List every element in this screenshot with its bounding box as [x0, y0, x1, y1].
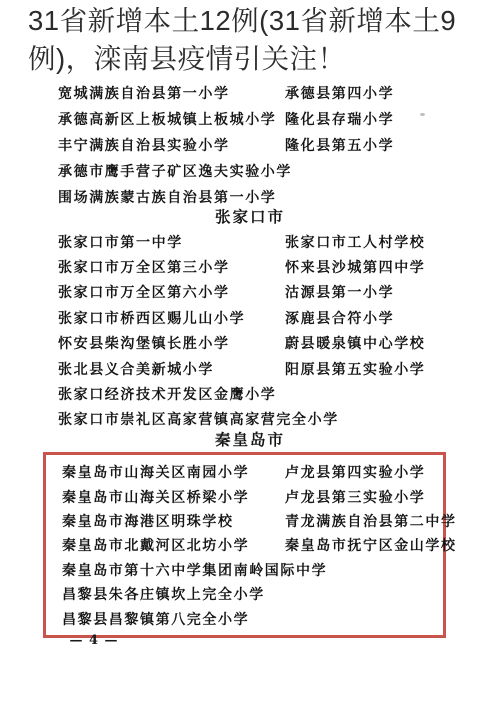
school-name-right: 秦皇岛市抚宁区金山学校 — [285, 535, 457, 555]
school-row: 张家口经济技术开发区金鹰小学 — [58, 381, 500, 406]
school-name-right: 怀来县沙城第四中学 — [285, 257, 425, 277]
school-name-left: 承德市鹰手营子矿区逸夫实验小学 — [58, 161, 285, 181]
school-name-right: 涿鹿县合符小学 — [285, 308, 394, 328]
school-name-left: 围场满族蒙古族自治县第一小学 — [58, 187, 285, 207]
highlight-box: 秦皇岛市山海关区南园小学卢龙县第四实验小学秦皇岛市山海关区桥梁小学卢龙县第三实验… — [43, 452, 446, 638]
scanned-document: 宽城满族自治县第一小学承德县第四小学承德高新区上板城镇上板城小学隆化县存瑞小学丰… — [0, 0, 500, 707]
document-section: 宽城满族自治县第一小学承德县第四小学承德高新区上板城镇上板城小学隆化县存瑞小学丰… — [0, 80, 500, 209]
school-name-left: 张北县义合美新城小学 — [58, 359, 285, 379]
school-name-left: 昌黎县朱各庄镇坎上完全小学 — [62, 584, 285, 604]
school-name-left: 宽城满族自治县第一小学 — [58, 83, 285, 103]
section-rows: 宽城满族自治县第一小学承德县第四小学承德高新区上板城镇上板城小学隆化县存瑞小学丰… — [0, 80, 500, 209]
school-name-right: 阳原县第五实验小学 — [285, 359, 425, 379]
school-row: 张家口市万全区第六小学沽源县第一小学 — [58, 280, 500, 305]
section-header: 秦皇岛市 — [0, 428, 500, 452]
school-name-right: 承德县第四小学 — [285, 83, 394, 103]
school-row: 承德高新区上板城镇上板城小学隆化县存瑞小学 — [58, 106, 500, 132]
school-name-right: 青龙满族自治县第二中学 — [285, 511, 457, 531]
school-name-right: 张家口市工人村学校 — [285, 232, 425, 252]
school-name-left: 张家口经济技术开发区金鹰小学 — [58, 384, 285, 404]
school-row: 秦皇岛市第十六中学集团南岭国际中学 — [62, 558, 443, 582]
school-name-left: 秦皇岛市北戴河区北坊小学 — [62, 535, 285, 555]
school-name-right: 隆化县存瑞小学 — [285, 109, 394, 129]
school-row: 承德市鹰手营子矿区逸夫实验小学 — [58, 158, 500, 184]
school-name-left: 秦皇岛市山海关区南园小学 — [62, 462, 285, 482]
school-row: 秦皇岛市北戴河区北坊小学秦皇岛市抚宁区金山学校 — [62, 533, 443, 557]
school-row: 张北县义合美新城小学阳原县第五实验小学 — [58, 356, 500, 381]
school-row: 张家口市桥西区赐儿山小学涿鹿县合符小学 — [58, 305, 500, 330]
section-header: 张家口市 — [0, 205, 500, 229]
school-row: 秦皇岛市山海关区南园小学卢龙县第四实验小学 — [62, 460, 443, 484]
school-row: 张家口市第一中学张家口市工人村学校 — [58, 229, 500, 254]
school-name-left: 秦皇岛市海港区明珠学校 — [62, 511, 285, 531]
school-name-left: 昌黎县昌黎镇第八完全小学 — [62, 609, 285, 629]
school-name-right: 沽源县第一小学 — [285, 282, 394, 302]
school-name-left: 秦皇岛市山海关区桥梁小学 — [62, 487, 285, 507]
school-row: 秦皇岛市山海关区桥梁小学卢龙县第三实验小学 — [62, 484, 443, 508]
document-section: 张家口市张家口市第一中学张家口市工人村学校张家口市万全区第三小学怀来县沙城第四中… — [0, 205, 500, 432]
school-row: 秦皇岛市海港区明珠学校青龙满族自治县第二中学 — [62, 509, 443, 533]
school-row: 昌黎县朱各庄镇坎上完全小学 — [62, 582, 443, 606]
school-name-right: 蔚县暖泉镇中心学校 — [285, 333, 425, 353]
school-name-left: 秦皇岛市第十六中学集团南岭国际中学 — [62, 560, 285, 580]
school-row: 怀安县柴沟堡镇长胜小学蔚县暖泉镇中心学校 — [58, 331, 500, 356]
document-section: 秦皇岛市秦皇岛市山海关区南园小学卢龙县第四实验小学秦皇岛市山海关区桥梁小学卢龙县… — [0, 428, 500, 638]
school-name-left: 张家口市万全区第三小学 — [58, 257, 285, 277]
school-name-left: 张家口市万全区第六小学 — [58, 282, 285, 302]
school-name-left: 张家口市崇礼区高家营镇高家营完全小学 — [58, 409, 285, 429]
school-name-left: 张家口市桥西区赐儿山小学 — [58, 308, 285, 328]
school-name-left: 承德高新区上板城镇上板城小学 — [58, 109, 285, 129]
school-name-left: 张家口市第一中学 — [58, 232, 285, 252]
school-row: 宽城满族自治县第一小学承德县第四小学 — [58, 80, 500, 106]
page-number: — 4 — — [56, 633, 132, 648]
section-rows: 张家口市第一中学张家口市工人村学校张家口市万全区第三小学怀来县沙城第四中学张家口… — [0, 229, 500, 432]
school-name-left: 怀安县柴沟堡镇长胜小学 — [58, 333, 285, 353]
school-name-right: 卢龙县第三实验小学 — [285, 487, 425, 507]
school-row: 丰宁满族自治县实验小学隆化县第五小学 — [58, 132, 500, 158]
scan-artifact — [420, 113, 425, 116]
school-name-right: 卢龙县第四实验小学 — [285, 462, 425, 482]
school-row: 张家口市万全区第三小学怀来县沙城第四中学 — [58, 254, 500, 279]
school-name-right: 隆化县第五小学 — [285, 135, 394, 155]
school-name-left: 丰宁满族自治县实验小学 — [58, 135, 285, 155]
school-row: 昌黎县昌黎镇第八完全小学 — [62, 606, 443, 630]
